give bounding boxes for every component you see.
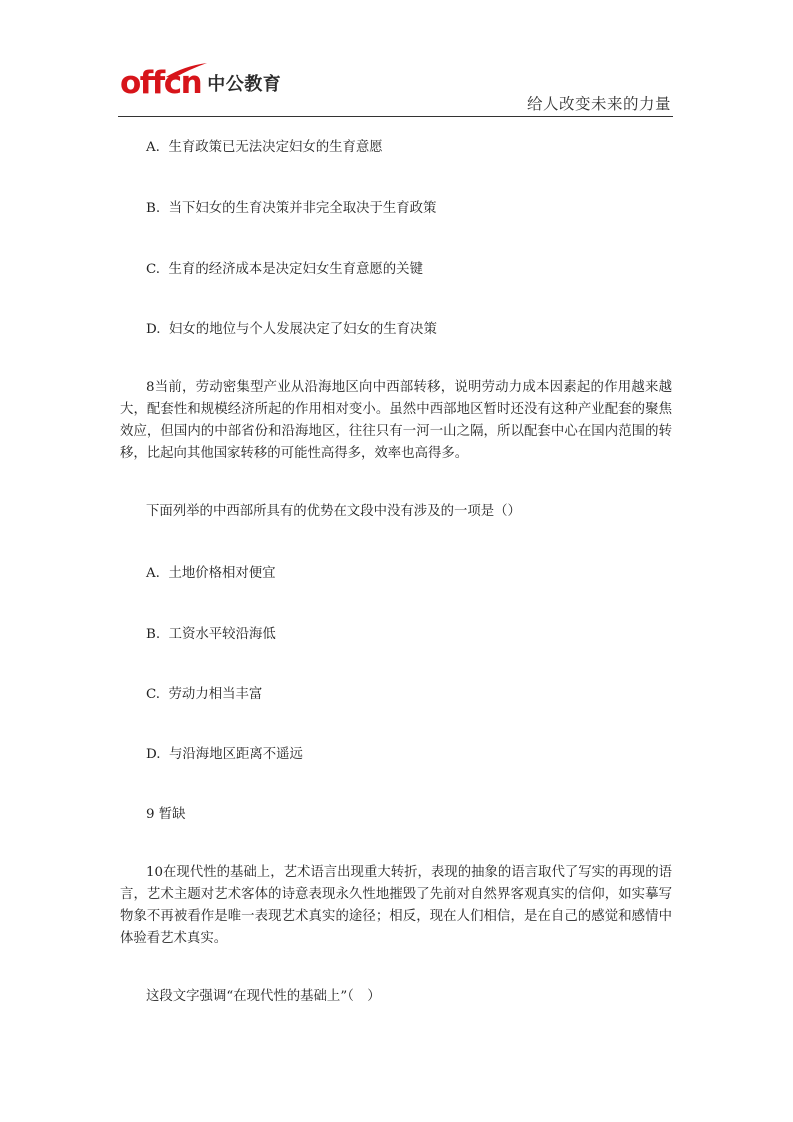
q7-option-d: D. 妇女的地位与个人发展决定了妇女的生育决策 [146, 320, 437, 339]
option-label: C. [146, 262, 160, 277]
logo-swoosh-icon [164, 62, 208, 78]
q8-option-c: C. 劳动力相当丰富 [146, 685, 262, 704]
option-text: 工资水平较沿海低 [169, 627, 276, 642]
q7-option-a: A. 生育政策已无法决定妇女的生育意愿 [146, 138, 383, 157]
option-label: C. [146, 687, 160, 702]
option-text: 生育政策已无法决定妇女的生育意愿 [168, 140, 382, 155]
q8-option-a: A. 土地价格相对便宜 [146, 564, 276, 583]
option-label: B. [146, 201, 160, 216]
page-header: offcn 中公教育 给人改变未来的力量 [118, 58, 673, 118]
option-label: A. [146, 140, 160, 155]
option-text: 与沿海地区距离不遥远 [169, 747, 303, 762]
q9-placeholder: 9 暂缺 [146, 805, 186, 824]
q7-option-b: B. 当下妇女的生育决策并非完全取决于生育政策 [146, 199, 436, 218]
option-text: 土地价格相对便宜 [168, 566, 275, 581]
option-text: 生育的经济成本是决定妇女生育意愿的关键 [169, 262, 423, 277]
logo-mark: offcn [120, 68, 201, 98]
offcn-logo: offcn 中公教育 [120, 62, 281, 98]
q10-passage: 10在现代性的基础上，艺术语言出现重大转折，表现的抽象的语言取代了写实的再现的语… [120, 862, 672, 950]
q8-option-d: D. 与沿海地区距离不遥远 [146, 745, 303, 764]
option-label: D. [146, 322, 161, 337]
option-label: A. [146, 566, 160, 581]
q8-stem: 下面列举的中西部所具有的优势在文段中没有涉及的一项是（） [146, 502, 521, 521]
option-text: 妇女的地位与个人发展决定了妇女的生育决策 [169, 322, 437, 337]
header-divider [118, 116, 673, 117]
q8-passage: 8当前，劳动密集型产业从沿海地区向中西部转移，说明劳动力成本因素起的作用越来越大… [120, 377, 672, 465]
option-text: 劳动力相当丰富 [169, 687, 263, 702]
option-label: D. [146, 747, 161, 762]
slogan: 给人改变未来的力量 [527, 92, 671, 114]
q7-option-c: C. 生育的经济成本是决定妇女生育意愿的关键 [146, 260, 423, 279]
q8-option-b: B. 工资水平较沿海低 [146, 625, 276, 644]
option-label: B. [146, 627, 160, 642]
logo-chinese-name: 中公教育 [207, 72, 281, 98]
q10-stem: 这段文字强调“在现代性的基础上”（ ） [146, 987, 381, 1006]
option-text: 当下妇女的生育决策并非完全取决于生育政策 [169, 201, 437, 216]
